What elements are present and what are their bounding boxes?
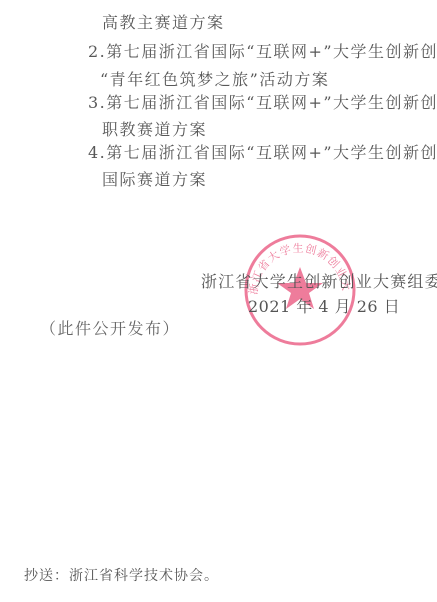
cc-line: 抄送：浙江省科学技术协会。 [24,566,219,586]
attachment-3-title: 第七届浙江省国际“互联网+”大学生创新创业大赛 [106,93,437,112]
attachment-4-number: 4. [88,143,106,162]
attachment-3-line2: 职教赛道方案 [102,120,207,140]
cc-recipient: 浙江省科学技术协会。 [69,568,219,584]
attachment-1-continuation: 高教主赛道方案 [102,13,225,33]
signing-date: 2021 年 4 月 26 日 [248,297,400,317]
attachment-3-line1: 3.第七届浙江省国际“互联网+”大学生创新创业大赛 [88,93,437,113]
publication-note: （此件公开发布） [40,319,180,339]
attachment-4-line1: 4.第七届浙江省国际“互联网+”大学生创新创业大赛 [88,143,437,163]
attachment-2-line2: “青年红色筑梦之旅”活动方案 [100,70,329,90]
attachment-2-title: 第七届浙江省国际“互联网+”大学生创新创业大赛 [106,42,437,61]
attachment-4-title: 第七届浙江省国际“互联网+”大学生创新创业大赛 [106,143,437,162]
signing-organization: 浙江省大学生创新创业大赛组委会 [201,272,437,292]
cc-label: 抄送： [24,568,69,584]
attachment-2-line1: 2.第七届浙江省国际“互联网+”大学生创新创业大赛 [88,42,437,62]
attachment-3-number: 3. [88,93,106,112]
attachment-4-line2: 国际赛道方案 [102,170,207,190]
attachment-2-number: 2. [88,42,106,61]
